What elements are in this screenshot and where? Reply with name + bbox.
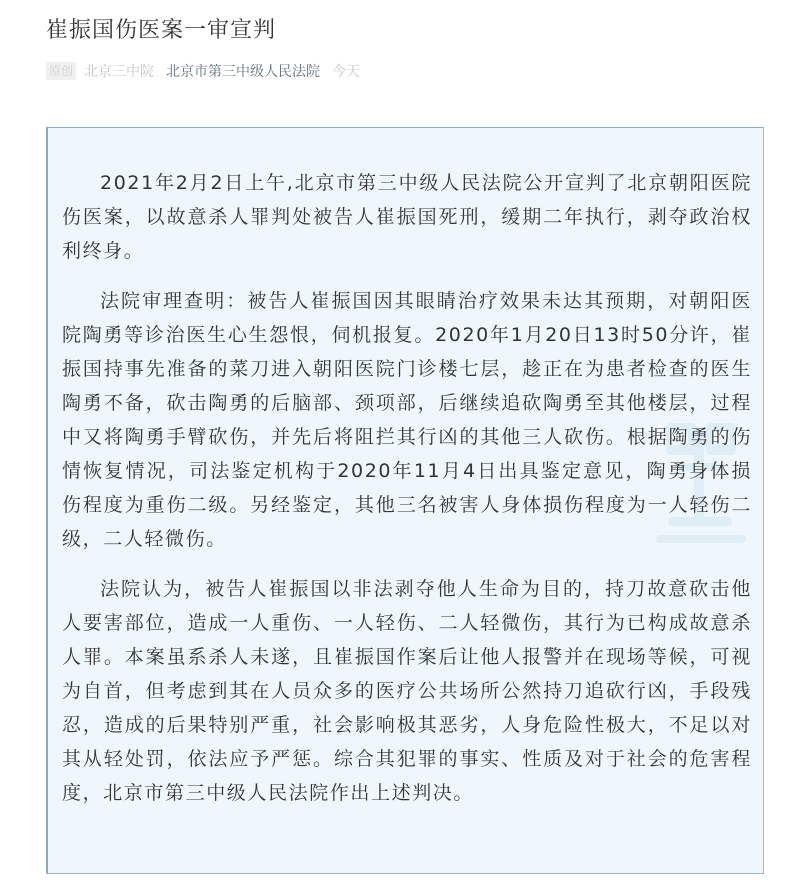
publish-date: 今天 — [332, 61, 360, 81]
paragraph-facts: 法院审理查明：被告人崔振国因其眼睛治疗效果未达其预期，对朝阳医院陶勇等诊治医生心… — [62, 284, 752, 556]
original-badge: 原创 — [46, 62, 76, 80]
article-meta: 原创 北京三中院 北京市第三中级人民法院 今天 — [46, 60, 360, 82]
article-content-box: 2021年2月2日上午,北京市第三中级人民法院公开宣判了北京朝阳医院伤医案，以故… — [46, 127, 764, 874]
article-title: 崔振国伤医案一审宣判 — [46, 16, 276, 46]
article-body: 2021年2月2日上午,北京市第三中级人民法院公开宣判了北京朝阳医院伤医案，以故… — [62, 166, 752, 826]
paragraph-reasoning: 法院认为，被告人崔振国以非法剥夺他人生命为目的，持刀故意砍击他人要害部位，造成一… — [62, 572, 752, 810]
source-name: 北京三中院 — [84, 61, 154, 81]
paragraph-verdict: 2021年2月2日上午,北京市第三中级人民法院公开宣判了北京朝阳医院伤医案，以故… — [62, 166, 752, 268]
author-link[interactable]: 北京市第三中级人民法院 — [166, 61, 320, 81]
